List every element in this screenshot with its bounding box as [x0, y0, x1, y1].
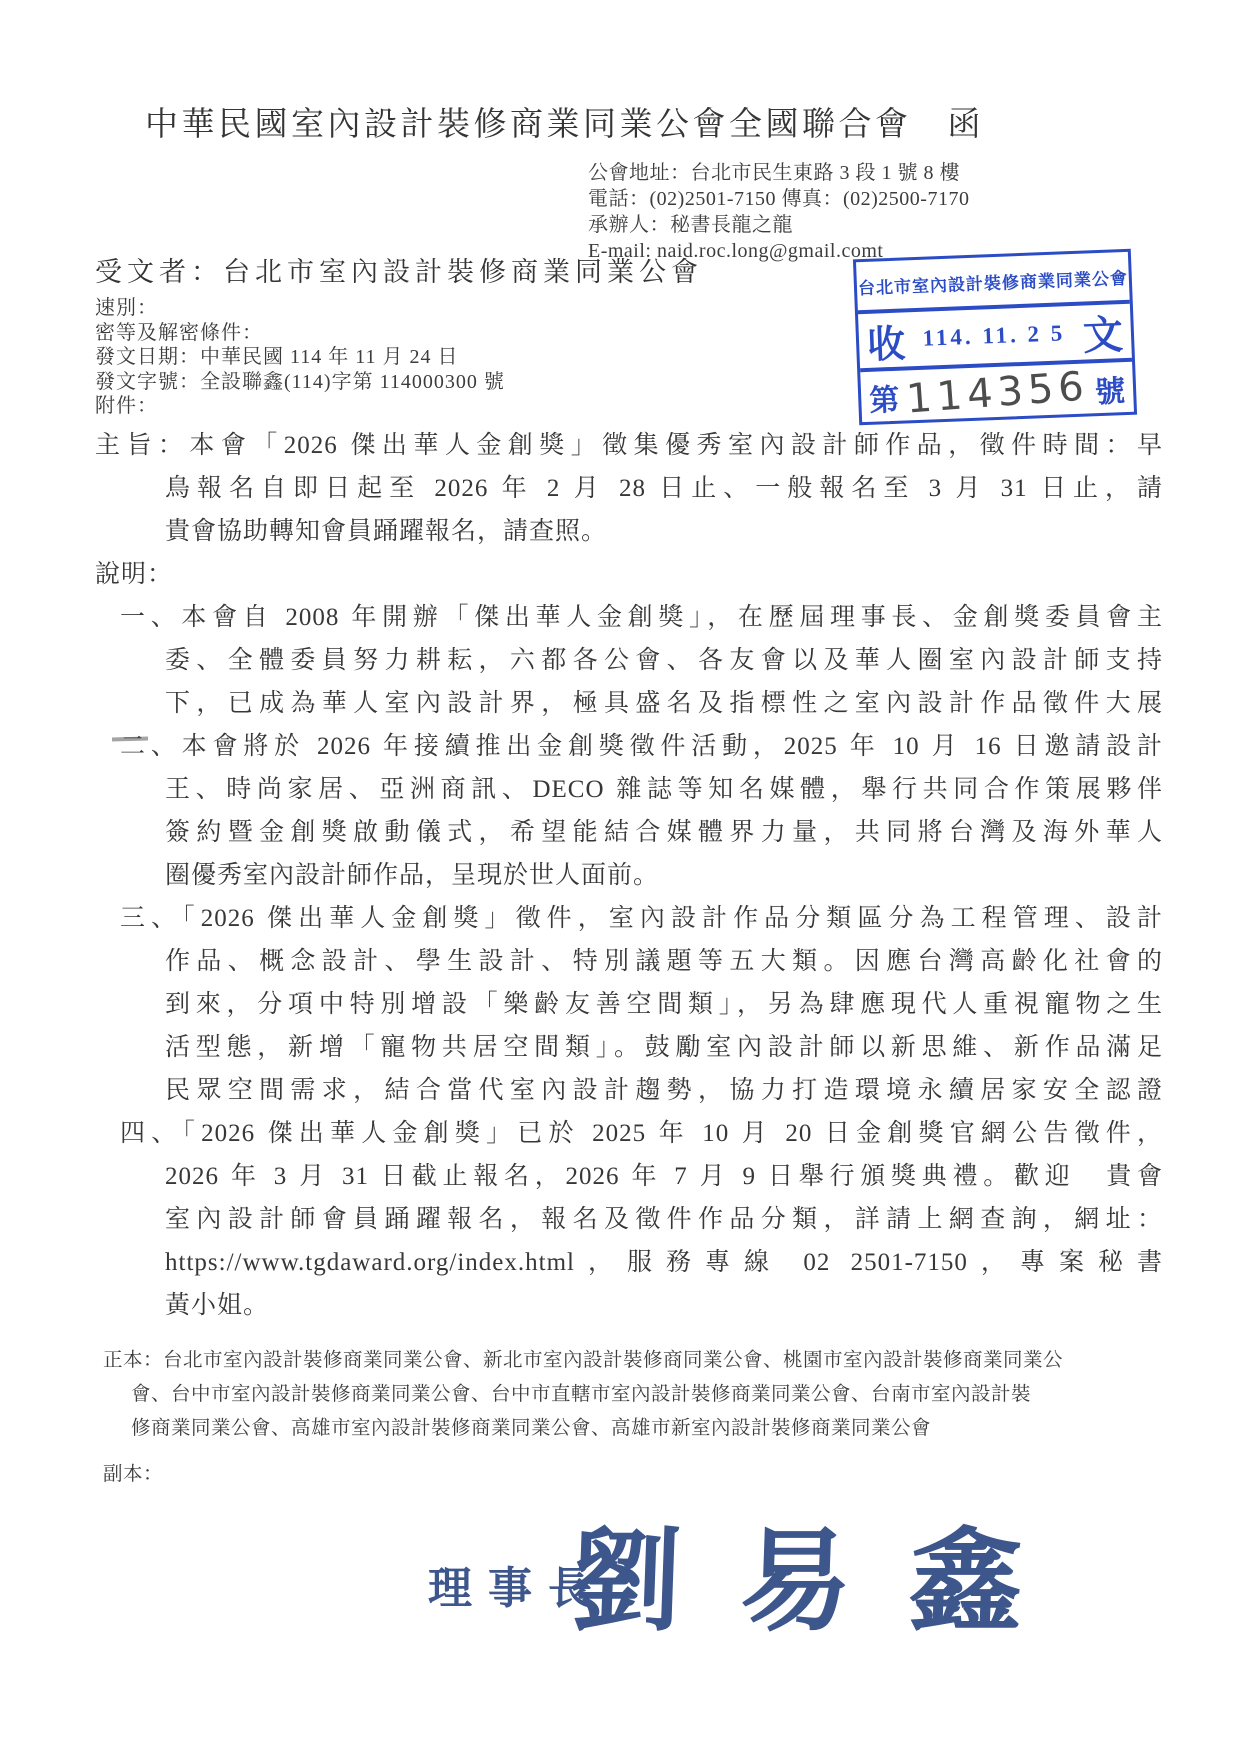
text-line: 到來，分項中特別增設「樂齡友善空間類」，另為肆應現代人重視寵物之生: [95, 983, 1163, 1026]
stamp-number-suffix: 號: [1094, 366, 1126, 411]
text-line: 密等及解密條件：: [95, 321, 505, 346]
text-line: 會、台中市室內設計裝修商業同業公會、台中市直轄市室內設計裝修商業同業公會、台南市…: [103, 1378, 1153, 1412]
text-line: 委、全體委員努力耕耘，六都各公會、各友會以及華人圈室內設計師支持: [95, 639, 1163, 682]
document-meta-lines: 速別：密等及解密條件：發文日期：中華民國 114 年 11 月 24 日發文字號…: [95, 296, 505, 419]
stamp-receive-row: 收 114. 11. 2 5 文: [858, 304, 1132, 372]
document-title: 中華民國室內設計裝修商業同業公會全國聯合會函: [145, 98, 984, 145]
text-line: 下，已成為華人室內設計界，極具盛名及指標性之室內設計作品徵件大展: [95, 682, 1163, 725]
text-line: 承辦人：秘書長龍之龍: [588, 212, 969, 238]
text-line: 王、時尚家居、亞洲商訊、DECO 雜誌等知名媒體，舉行共同合作策展夥伴: [95, 768, 1163, 811]
text-line: https://www.tgdaward.org/index.html，服務專線…: [95, 1241, 1163, 1284]
org-contact-info: 公會地址：台北市民生東路 3 段 1 號 8 樓電話：(02)2501-7150…: [588, 160, 969, 264]
text-line: 鳥報名自即日起至 2026 年 2 月 28 日止、一般報名至 3 月 31 日…: [95, 467, 1163, 510]
text-line: 貴會協助轉知會員踊躍報名，請查照。: [95, 510, 1163, 553]
scanned-letter-page: 中華民國室內設計裝修商業同業公會全國聯合會函 公會地址：台北市民生東路 3 段 …: [0, 0, 1242, 1755]
text-line: 圈優秀室內設計師作品，呈現於世人面前。: [95, 854, 1163, 897]
text-line: 二、本會將於 2026 年接續推出金創獎徵件活動，2025 年 10 月 16 …: [95, 725, 1163, 768]
text-line: 附件：: [95, 394, 505, 419]
receive-stamp: 台北市室內設計裝修商業同業公會 收 114. 11. 2 5 文 第 11435…: [853, 249, 1137, 426]
text-line: 速別：: [95, 296, 505, 321]
text-line: 三、「2026 傑出華人金創獎」徵件，室內設計作品分類區分為工程管理、設計: [95, 897, 1163, 940]
text-line: 正本：台北市室內設計裝修商業同業公會、新北市室內設計裝修商同業公會、桃園市室內設…: [103, 1344, 1153, 1378]
issuing-org-name: 中華民國室內設計裝修商業同業公會全國聯合會: [145, 107, 912, 143]
text-line: 一、本會自 2008 年開辦「傑出華人金創獎」，在歷屆理事長、金創獎委員會主: [95, 596, 1163, 639]
text-line: 民眾空間需求，結合當代室內設計趨勢，協力打造環境永續居家安全認證: [95, 1069, 1163, 1112]
doc-type-label: 函: [948, 107, 985, 143]
copies-footer: 正本：台北市室內設計裝修商業同業公會、新北市室內設計裝修商同業公會、桃園市室內設…: [103, 1344, 1153, 1492]
signature-name: 劉易鑫: [567, 1492, 1083, 1653]
text-line: 作品、概念設計、學生設計、特別議題等五大類。因應台灣高齡化社會的: [95, 940, 1163, 983]
text-line: 發文日期：中華民國 114 年 11 月 24 日: [95, 345, 505, 370]
stamp-handwritten-number: 114356: [904, 363, 1090, 422]
text-line: 公會地址：台北市民生東路 3 段 1 號 8 樓: [588, 160, 969, 186]
stamp-receive-char: 收: [866, 312, 906, 368]
text-line: 發文字號：全設聯鑫(114)字第 114000300 號: [95, 370, 505, 395]
text-line: 黃小姐。: [95, 1284, 1163, 1327]
copies-lines: 正本：台北市室內設計裝修商業同業公會、新北市室內設計裝修商同業公會、桃園市室內設…: [103, 1344, 1153, 1446]
stamp-number-prefix: 第: [868, 375, 900, 420]
text-line: 四、「2026 傑出華人金創獎」已於 2025 年 10 月 20 日金創獎官網…: [95, 1112, 1163, 1155]
text-line: 活型態，新增「寵物共居空間類」。鼓勵室內設計師以新思維、新作品滿足: [95, 1026, 1163, 1069]
text-line: 2026 年 3 月 31 日截止報名，2026 年 7 月 9 日舉行頒獎典禮…: [95, 1155, 1163, 1198]
stamp-receive-date: 114. 11. 2 5: [922, 320, 1066, 351]
stamp-doc-char: 文: [1082, 303, 1124, 361]
stamp-number-row: 第 114356 號: [860, 362, 1134, 424]
text-line: 簽約暨金創獎啟動儀式，希望能結合媒體界力量，共同將台灣及海外華人: [95, 811, 1163, 854]
text-line: 主旨：本會「2026 傑出華人金創獎」徵集優秀室內設計師作品，徵件時間：早: [95, 424, 1163, 467]
cc-label: 副本：: [103, 1458, 1153, 1492]
recipient-line: 受文者：台北市室內設計裝修商業同業公會: [95, 250, 703, 289]
letter-body: 主旨：本會「2026 傑出華人金創獎」徵集優秀室內設計師作品，徵件時間：早鳥報名…: [95, 424, 1163, 1327]
text-line: 電話：(02)2501-7150 傳真：(02)2500-7170: [588, 186, 969, 212]
text-line: 修商業同業公會、高雄市室內設計裝修商業同業公會、高雄市新室內設計裝修商業同業公會: [103, 1412, 1153, 1446]
text-line: 說明：: [95, 553, 1163, 596]
text-line: 室內設計師會員踊躍報名，報名及徵件作品分類，詳請上網查詢，網址：: [95, 1198, 1163, 1241]
